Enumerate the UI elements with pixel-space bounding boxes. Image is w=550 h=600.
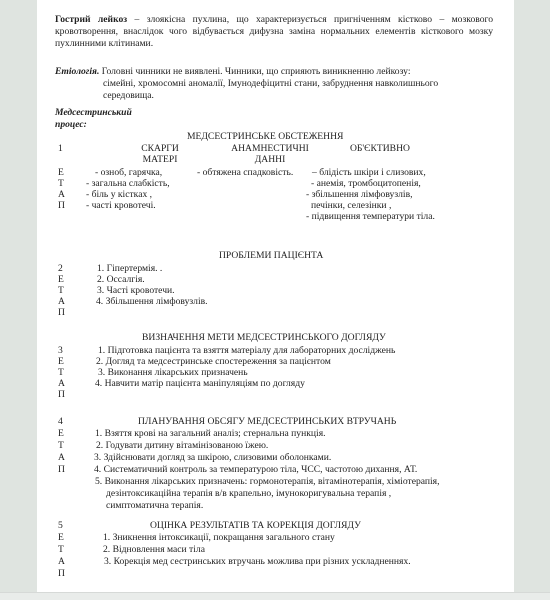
plan-item: 4. Систематичний контроль за температуро… xyxy=(94,464,417,475)
plan-item: 3. Здійснювати догляд за шкірою, слизови… xyxy=(94,452,331,463)
stage3-number: 3 xyxy=(58,345,63,356)
problem-item: 2. Оссалгія. xyxy=(97,274,145,285)
objective-item: - збільшення лімфовузлів, xyxy=(306,189,413,200)
stage3-title: ВИЗНАЧЕННЯ МЕТИ МЕДСЕСТРИНСЬКОГО ДОГЛЯДУ xyxy=(142,332,386,343)
process-label-1: Медсестринський xyxy=(55,107,132,118)
stage4-title: ПЛАНУВАННЯ ОБСЯГУ МЕДСЕСТРИНСЬКИХ ВТРУЧА… xyxy=(138,416,396,427)
stage5-letter: Е xyxy=(58,532,64,543)
stage2-number: 2 xyxy=(58,263,63,274)
objective-item: – блідість шкіри і слизових, xyxy=(312,167,426,178)
definition-term: Гострий лейкоз xyxy=(55,14,127,25)
definition-paragraph: Гострий лейкоз – злоякісна пухлина, що х… xyxy=(55,14,493,50)
evaluation-item: 3. Корекція мед сестринських втручань мо… xyxy=(104,556,411,567)
stage4-letter: Т xyxy=(58,440,64,451)
objective-title: ОБ'ЄКТИВНО xyxy=(350,143,410,154)
goal-item: 2. Догляд та медсестринське спостереженн… xyxy=(96,356,331,367)
stage1-number: 1 xyxy=(58,143,63,154)
complaints-title: СКАРГИМАТЕРІ xyxy=(120,143,200,165)
stage2-title: ПРОБЛЕМИ ПАЦІЄНТА xyxy=(219,250,323,261)
bottom-scroll-band xyxy=(0,592,550,600)
problem-item: 3. Часті кровотечи. xyxy=(97,285,175,296)
problem-item: 1. Гіпертермія. . xyxy=(97,263,162,274)
stage5-letter: Т xyxy=(58,544,64,555)
plan-item: 1. Взяття крові на загальний аналіз; сте… xyxy=(95,428,326,439)
stage1-letter: Т xyxy=(58,178,64,189)
stage3-letter: Е xyxy=(58,356,64,367)
stage3-letter: П xyxy=(58,389,65,400)
plan-item-continued: симптоматична терапія. xyxy=(106,500,203,511)
stage4-number: 4 xyxy=(58,416,63,427)
problem-item: 4. Збільшення лімфовузлів. xyxy=(96,296,208,307)
stage2-letter: Е xyxy=(58,274,64,285)
evaluation-item: 2. Відновлення маси тіла xyxy=(103,544,205,555)
goal-item: 4. Навчити матір пацієнта маніпуляціям п… xyxy=(95,378,305,389)
objective-item: - підвищення температури тіла. xyxy=(306,211,435,222)
stage1-letter: Е xyxy=(58,167,64,178)
stage5-letter: П xyxy=(58,568,65,579)
plan-item-continued: дезінтоксикаційна терапія в/в крапельно,… xyxy=(106,488,391,499)
stage4-letter: А xyxy=(58,452,65,463)
process-label-2: процес: xyxy=(55,119,87,130)
evaluation-item: 1. Зникнення інтоксикації, покращання за… xyxy=(103,532,335,543)
objective-item: печінки, селезінки , xyxy=(311,200,391,211)
complaint-item: - біль у кістках , xyxy=(86,189,152,200)
etiology-line-3: середовища. xyxy=(103,90,154,101)
anamnesis-title: АНАМНЕСТИЧНІДАННІ xyxy=(215,143,325,165)
stage1-letter: П xyxy=(58,200,65,211)
stage5-number: 5 xyxy=(58,520,63,531)
stage5-title: ОЦІНКА РЕЗУЛЬТАТІВ ТА КОРЕКЦІЯ ДОГЛЯДУ xyxy=(150,520,361,531)
stage3-letter: Т xyxy=(58,367,64,378)
complaint-item: - загальна слабкість, xyxy=(86,178,170,189)
stage4-letter: Е xyxy=(58,428,64,439)
goal-item: 3. Виконання лікарських призначень xyxy=(98,367,248,378)
stage1-title: МЕДСЕСТРИНСЬКЕ ОБСТЕЖЕННЯ xyxy=(187,131,343,142)
stage4-letter: П xyxy=(58,464,65,475)
stage2-letter: П xyxy=(58,307,65,318)
plan-item: 5. Виконання лікарських призначень: горм… xyxy=(95,476,440,487)
stage5-letter: А xyxy=(58,556,65,567)
stage2-letter: Т xyxy=(58,285,64,296)
etiology-line-2: сімейні, хромосомні аномалії, Імунодефіц… xyxy=(103,78,438,89)
stage3-letter: А xyxy=(58,378,65,389)
plan-item: 2. Годувати дитину вітамінізованою їжею. xyxy=(96,440,268,451)
goal-item: 1. Підготовка пацієнта та взяття матеріа… xyxy=(98,345,395,356)
complaint-item: - озноб, гарячка, xyxy=(95,167,162,178)
etiology-line-1: Етіологія. Головні чинники не виявлені. … xyxy=(55,66,411,77)
etiology-label: Етіологія. xyxy=(55,66,99,77)
anamnesis-item: - обтяжена спадковість. xyxy=(197,167,293,178)
complaint-item: - часті кровотечі. xyxy=(86,200,156,211)
stage2-letter: А xyxy=(58,296,65,307)
stage1-letter: А xyxy=(58,189,65,200)
objective-item: - анемія, тромбоцитопенія, xyxy=(311,178,421,189)
